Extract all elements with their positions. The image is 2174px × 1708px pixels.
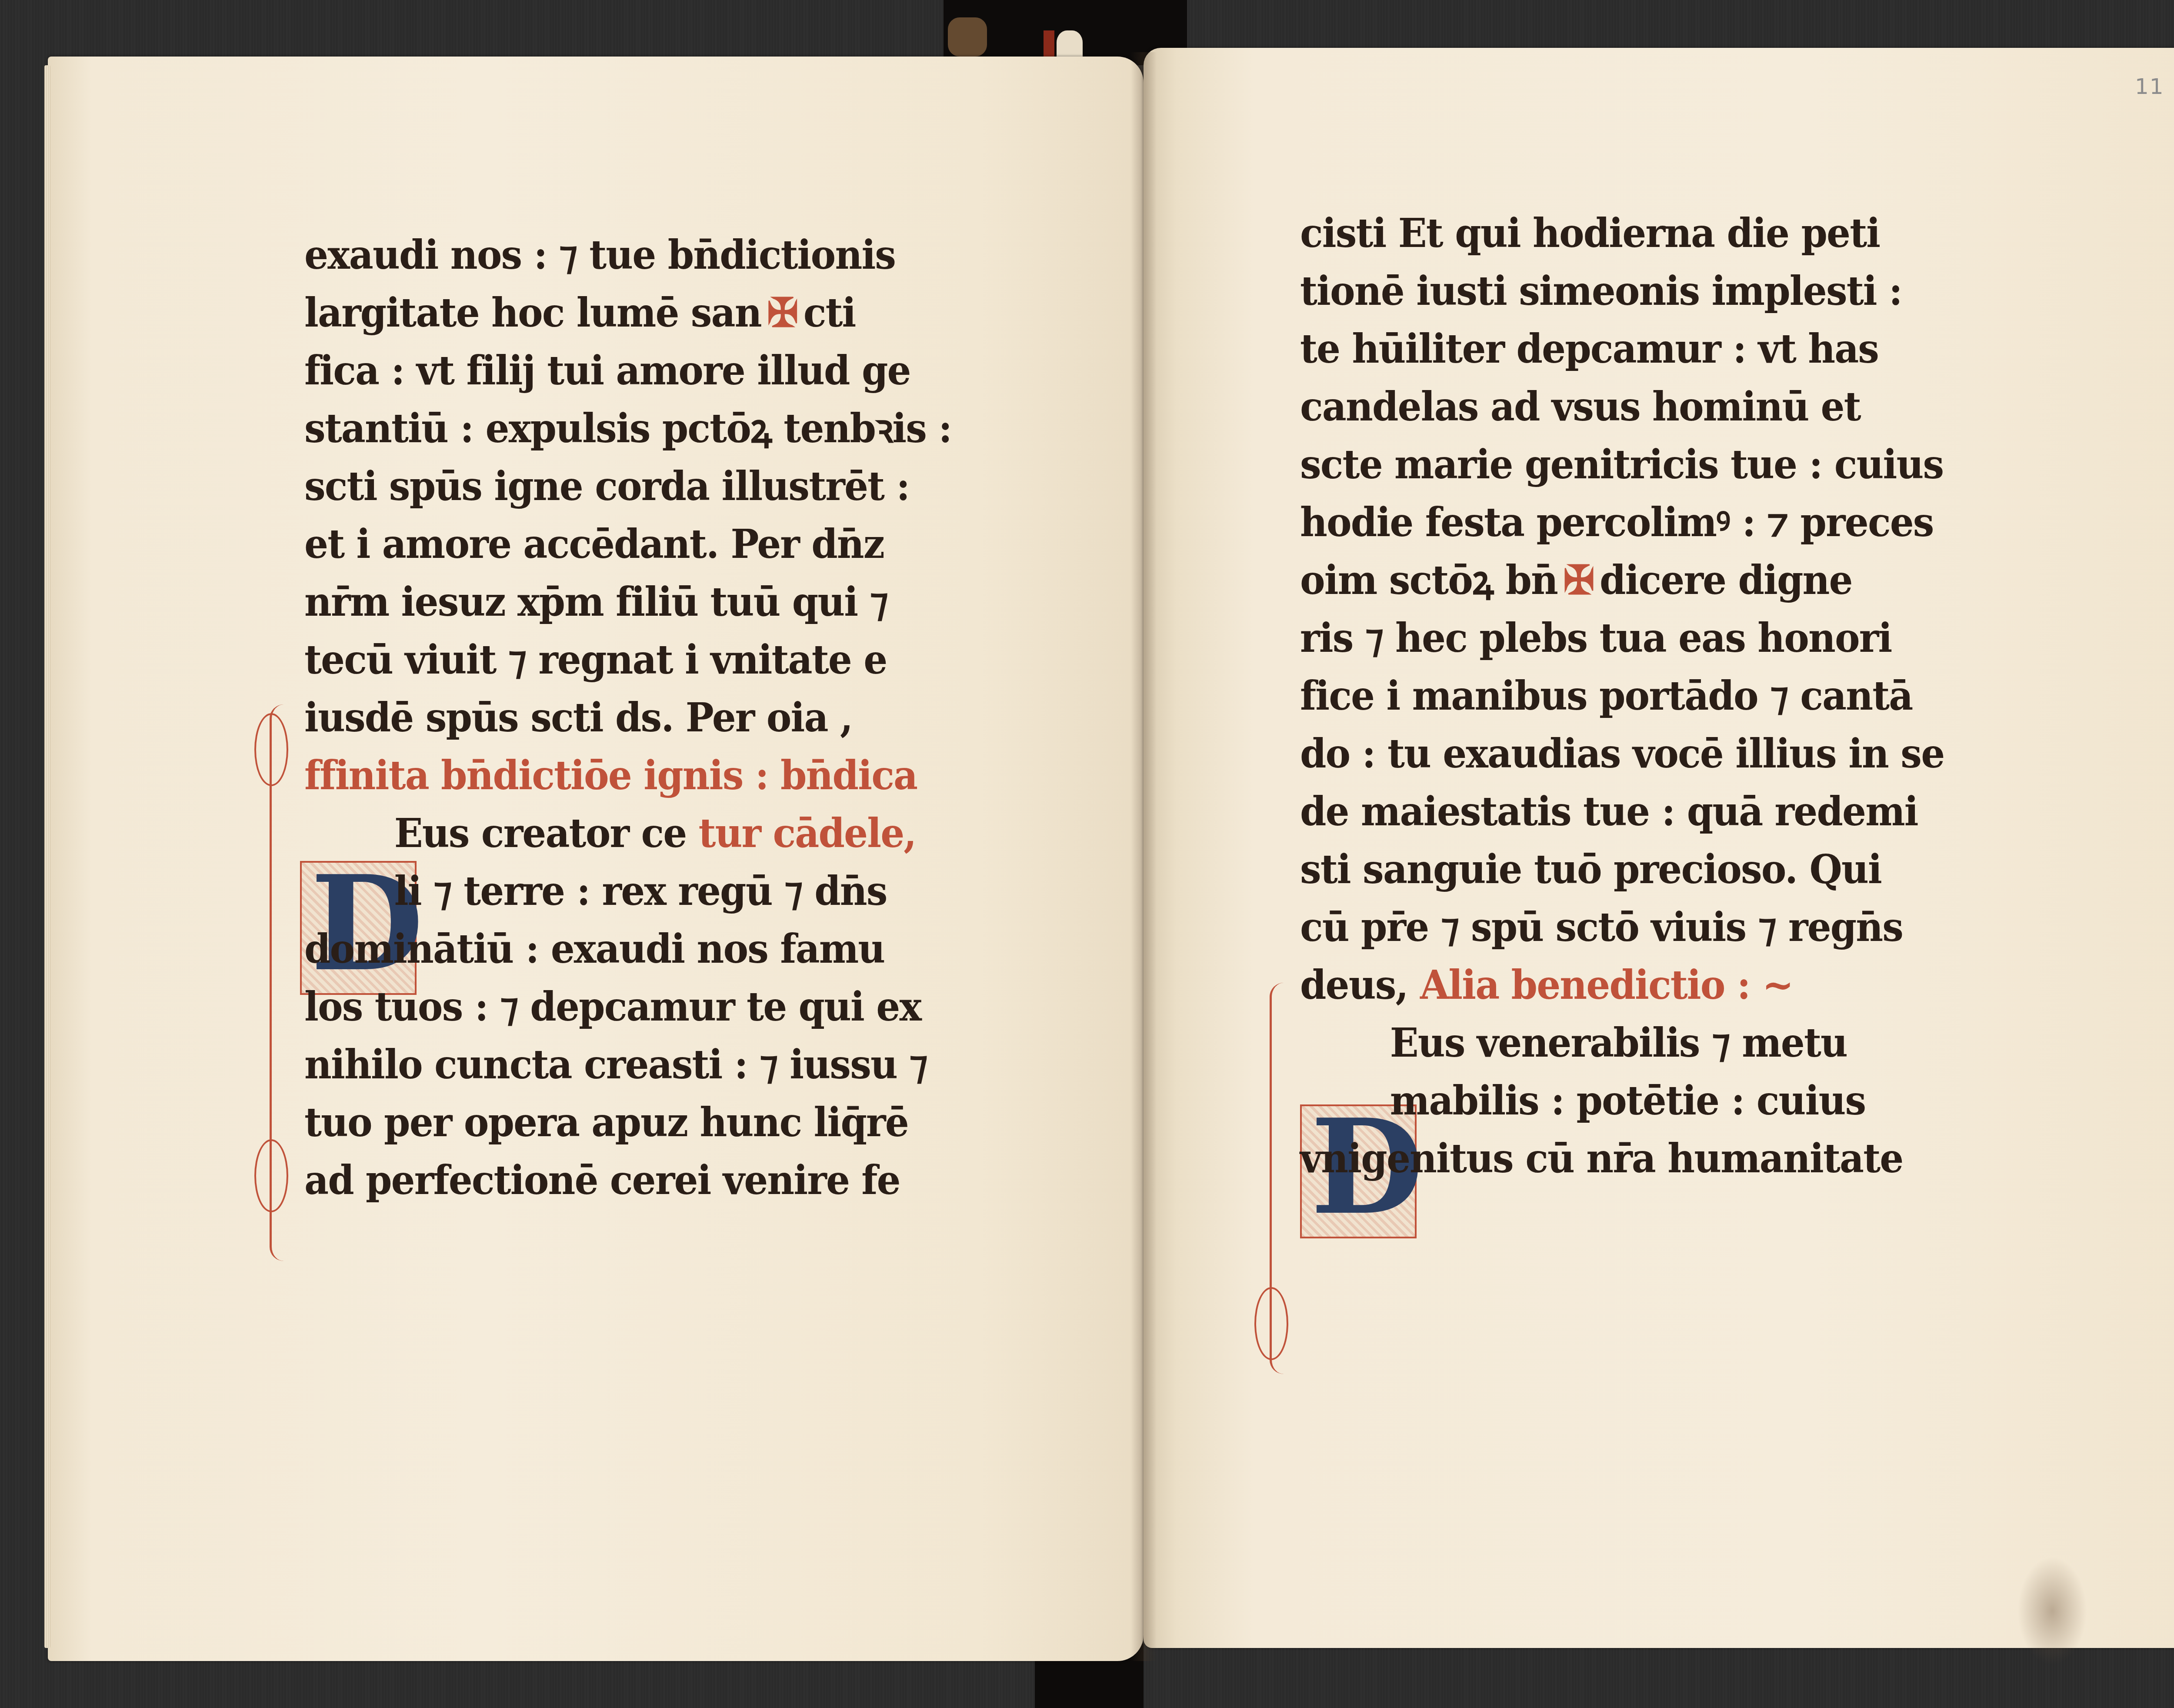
red-cross-icon: ✠: [767, 289, 798, 336]
text-line: iusdē spūs scti ds. Per oia ,: [304, 689, 1007, 747]
flourish-loop: [1254, 1287, 1288, 1360]
text-line: Eus venerabilis ⁊ metu: [1300, 1014, 2003, 1072]
text-line: nihilo cuncta creasti : ⁊ iussu ⁊: [304, 1036, 1007, 1094]
text-line: tionē iusti simeonis implesti :: [1300, 262, 2003, 320]
text-line: largitate hoc lumē san✠cti: [304, 284, 1007, 342]
text-line: ris ⁊ hec plebs tua eas honori: [1300, 609, 2003, 667]
text-line: et i amore accēdant. Per dn̄z: [304, 515, 1007, 573]
thumb-stain: [2017, 1557, 2087, 1665]
flourish-loop: [254, 1139, 288, 1212]
text-line: los tuos : ⁊ depcamur te qui ex: [304, 978, 1007, 1036]
gutter: [1130, 52, 1157, 1661]
text-line: scti spūs igne corda illustrēt :: [304, 457, 1007, 515]
penwork-flourish-right: [1270, 983, 1298, 1374]
text-line: te hūiliter depcamur : vt has: [1300, 320, 2003, 378]
text-line: sti sanguie tuō precioso. Qui: [1300, 841, 2003, 898]
headband-thread: [948, 17, 987, 57]
text-line: li ⁊ terre : rex regū ⁊ dn̄s: [304, 862, 1007, 920]
text-line: vnigenitus cū nr̄a humanitate: [1300, 1130, 2003, 1188]
text-line: Eus creator ce tur cādele,: [304, 804, 1007, 862]
flourish-loop: [254, 713, 288, 786]
text-line: ad perfectionē cerei venire fe: [304, 1151, 1007, 1209]
rubric-line: ffinita bn̄dictiōe ignis : bn̄dica: [304, 747, 1007, 804]
rubric-inline: tur cādele,: [699, 810, 916, 857]
text-line: candelas ad vsus hominū et: [1300, 378, 2003, 436]
text-line: dominātiū : exaudi nos famu: [304, 920, 1007, 978]
folio-number: 11: [2135, 74, 2164, 99]
text-line: cisti Et qui hodierna die peti: [1300, 204, 2003, 262]
rubric-inline: Alia benedictio : ~: [1420, 961, 1793, 1008]
text-line: stantiū : expulsis pctōꝝ tenbꝛis :: [304, 400, 1007, 457]
text-line: exaudi nos : ⁊ tue bn̄dictionis: [304, 226, 1007, 284]
text-line: mabilis : potētie : cuius: [1300, 1072, 2003, 1130]
text-line: nr̄m iesuz xp̄m filiū tuū qui ⁊: [304, 573, 1007, 631]
left-text-block: exaudi nos : ⁊ tue bn̄dictionis largitat…: [304, 226, 1052, 1209]
text-line: fice i manibus portādo ⁊ cantā: [1300, 667, 2003, 725]
text-line: de maiestatis tue : quā redemi: [1300, 783, 2003, 841]
penwork-flourish-left: [270, 704, 298, 1261]
text-line: fica : vt filij tui amore illud ge: [304, 342, 1007, 400]
text-line: deus, Alia benedictio : ~: [1300, 956, 2003, 1014]
text-line: hodie festa percolimꝰ : ⁊ preces: [1300, 494, 2003, 551]
text-line: tecū viuit ⁊ regnat i vnitate e: [304, 631, 1007, 689]
text-line: tuo per opera apuz hunc liq̄rē: [304, 1094, 1007, 1151]
page-edges: [44, 65, 50, 1648]
text-line: cū pr̄e ⁊ spū sctō viuis ⁊ regn̄s: [1300, 898, 2003, 956]
text-line: do : tu exaudias vocē illius in se: [1300, 725, 2003, 783]
headband-thread: [1044, 30, 1054, 57]
text-line: scte marie genitricis tue : cuius: [1300, 436, 2003, 494]
text-line: oim sctōꝝ bn̄✠dicere digne: [1300, 551, 2003, 609]
red-cross-icon: ✠: [1563, 557, 1594, 604]
right-text-block: cisti Et qui hodierna die peti tionē ius…: [1300, 204, 2048, 1188]
